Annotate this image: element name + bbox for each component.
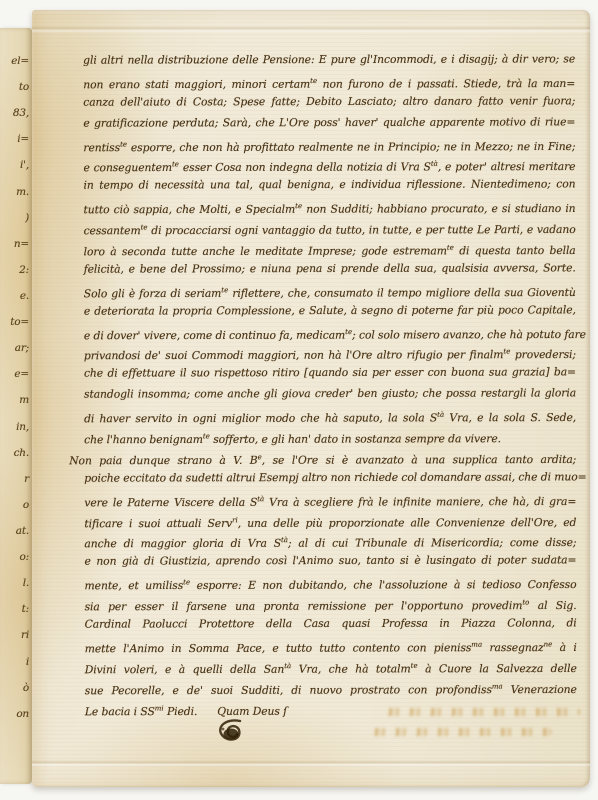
page-fragment: o: [0, 552, 29, 563]
page-fragment: el= [0, 56, 29, 67]
fold-crease-top [32, 26, 590, 33]
fold-crease-bottom [32, 760, 590, 767]
manuscript-line: Solo gli è forza di seriamte riflettere,… [84, 279, 576, 301]
manuscript-line: di haver servito in ogni miglior modo ch… [84, 404, 576, 426]
manuscript-line: anche di maggior gloria di Vra Stà; al d… [84, 530, 576, 552]
bleed-through-text [370, 728, 552, 736]
manuscript-line: che di effettuare il suo rispettoso riti… [84, 363, 576, 385]
manuscript-line: canza dell'aiuto di Costa; Spese fatte; … [83, 91, 575, 113]
manuscript-line: e conseguentemte esser Cosa non indegna … [83, 154, 575, 176]
manuscript-line: e non già di Giustizia, aprendo così l'A… [84, 551, 576, 573]
manuscript-line: Non paia dunque strano à V. Be, se l'Ore… [69, 446, 576, 468]
manuscript-line: felicità, e bene del Prossimo; e niuna p… [84, 258, 576, 280]
page-fragment: 83, [0, 108, 29, 119]
page-fragment: n= [0, 239, 29, 250]
manuscript-line: tificare i suoi attuali Servri, una dell… [84, 509, 576, 531]
manuscript-line: non erano stati maggiori, minori certamt… [83, 70, 575, 92]
manuscript-line: poiche eccitato da sudetti altrui Esempj… [84, 467, 576, 489]
page-fragment: ri [0, 630, 29, 641]
manuscript-line: e gratificazione perduta; Sarà, che L'Or… [83, 112, 575, 134]
page-fragment: ch. [0, 448, 29, 459]
manuscript-line: Cardinal Paolucci Protettore della Casa … [85, 613, 577, 635]
manuscript-line: cessantemte di procacciarsi ogni vantagg… [84, 216, 576, 238]
page-fragment: t: [0, 604, 29, 615]
manuscript-line: mente, et umilisste esporre: E non dubit… [84, 572, 576, 594]
page-fragment: r [0, 474, 29, 485]
ink-blot [210, 718, 252, 754]
manuscript-text: gli altri nella distribuzione delle Pens… [83, 49, 577, 719]
manuscript-line: rentisste esporre, che non hà profittato… [83, 133, 575, 155]
page-fragment: ar; [0, 343, 29, 354]
page-fragment: ò [0, 683, 29, 694]
page-fragment: o [0, 500, 29, 511]
page-fragment: 2: [0, 265, 29, 276]
page-fragment: to [0, 82, 29, 93]
page-fragment: m. [0, 187, 29, 198]
manuscript-line: tutto ciò sappia, che Molti, e Specialmt… [84, 196, 576, 218]
page-fragment: at. [0, 526, 29, 537]
page-fragment: in, [0, 422, 29, 433]
page-fragment: i', [0, 160, 29, 171]
manuscript-line: Divini voleri, e à quelli della Santà Vr… [85, 655, 577, 677]
manuscript-line: gli altri nella distribuzione delle Pens… [83, 49, 575, 71]
page-fragment: l. [0, 578, 29, 589]
manuscript-line: sia per esser il farsene una pronta remi… [85, 593, 577, 615]
manuscript-line: privandosi de' suoi Commodi maggiori, no… [84, 342, 576, 364]
page-fragment: to= [0, 317, 29, 328]
manuscript-line: mette l'Animo in Somma Pace, e tutto tut… [85, 634, 577, 656]
manuscript-line: vere le Paterne Viscere della Stà Vra à … [84, 488, 576, 510]
manuscript-page: gli altri nella distribuzione delle Pens… [32, 10, 590, 787]
page-fragment: on [0, 709, 29, 720]
manuscript-line: in tempo di necessità una tal, qual beni… [83, 175, 575, 197]
page-fragment: m [0, 395, 29, 406]
manuscript-line: che l'hanno benignamte sofferto, e gli h… [84, 425, 576, 447]
page-fragment: ) [0, 213, 29, 224]
page-fragment: e= [0, 369, 29, 380]
manuscript-line: e di dover' vivere, come di continuo fa,… [84, 321, 576, 343]
manuscript-line: e deteriorata la propria Complessione, e… [84, 300, 576, 322]
page-fragment: i= [0, 134, 29, 145]
page-fragment: i [0, 657, 29, 668]
manuscript-line: Le bacia i SSmi Piedi. Quam Deus ſ [85, 697, 577, 719]
previous-page-edge: el=to83,i=i',m.)n=2:e.to=ar;e=min,ch.roa… [0, 28, 32, 784]
manuscript-line: sue Pecorelle, e de' suoi Sudditi, di nu… [85, 676, 577, 698]
page-fragment: e. [0, 291, 29, 302]
manuscript-line: standogli insomma; come anche gli giova … [84, 384, 576, 406]
manuscript-line: loro à seconda tutte anche le meditate I… [84, 237, 576, 259]
